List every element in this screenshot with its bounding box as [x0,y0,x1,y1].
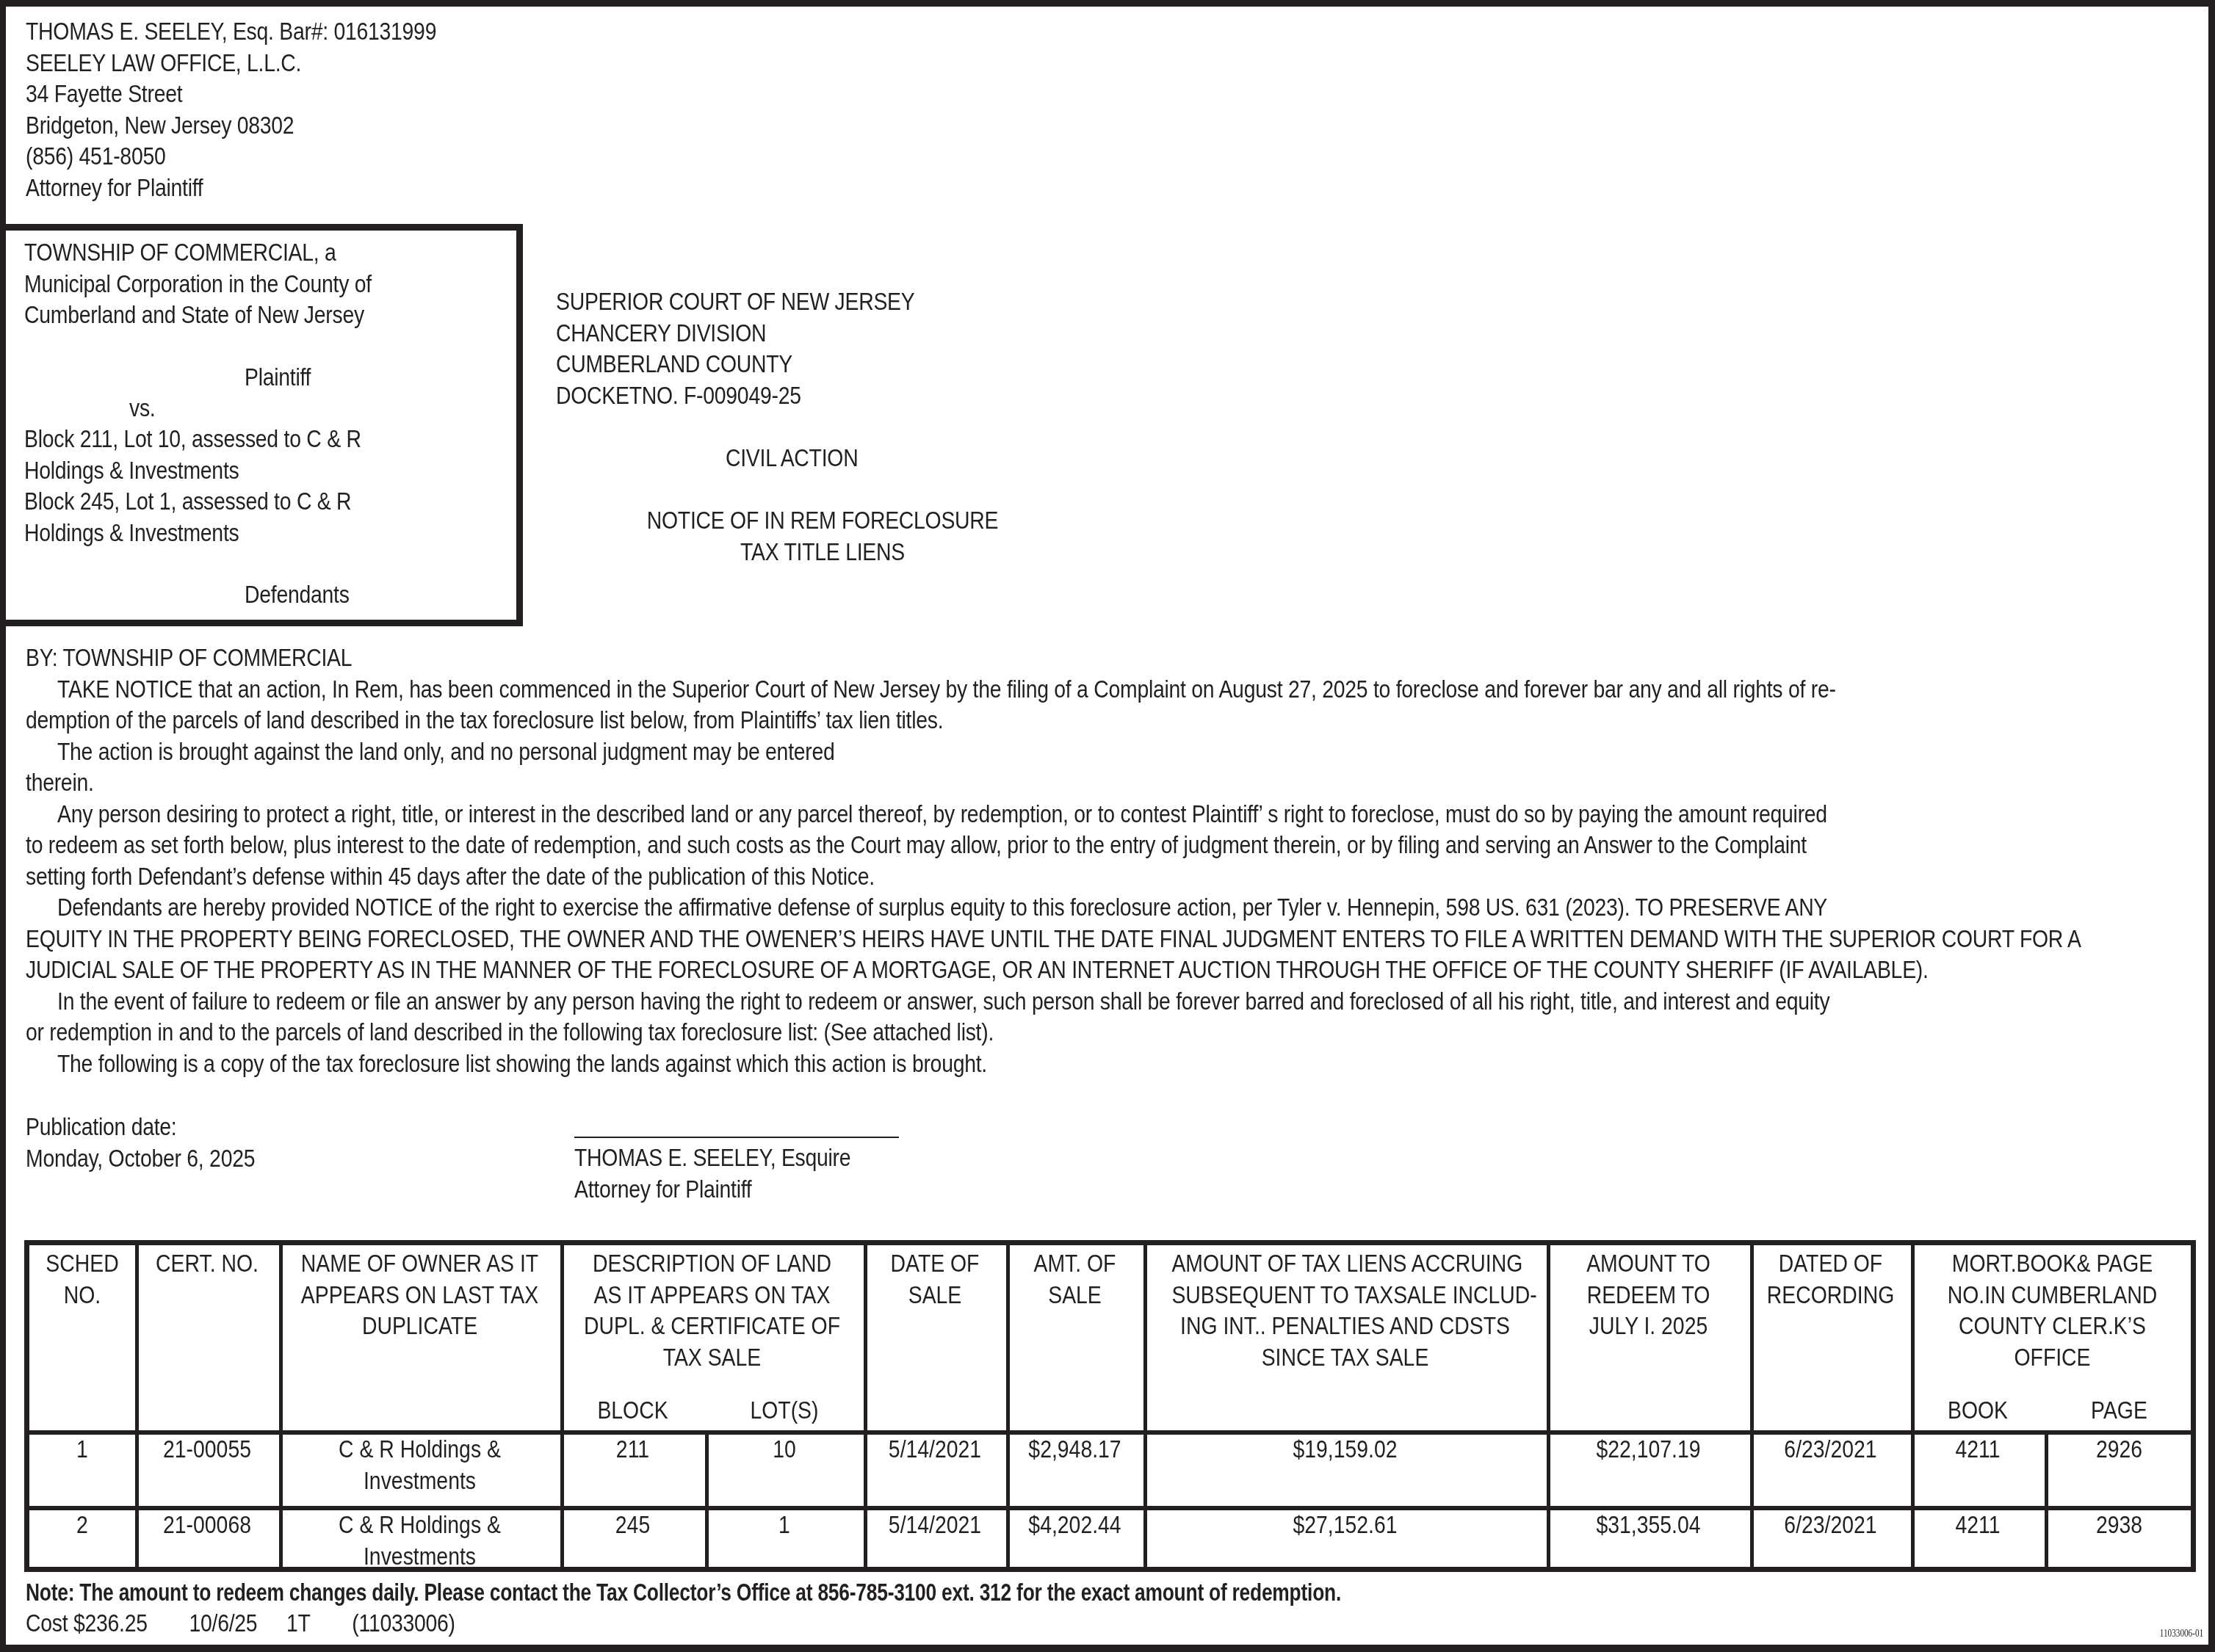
header-date-of-recording-line: DATED OF [1761,1248,1899,1280]
attorney-line: SEELEY LAW OFFICE, L.L.C. [26,48,436,79]
header-mortgage-book-page-line: NO.IN CUMBERLAND [1931,1280,2174,1311]
header-mortgage-book-page-line: OFFICE [1931,1342,2174,1374]
cell-cert-no: 21-00055 [145,1434,270,1466]
header-owner-name-line: DUPLICATE [299,1311,541,1342]
attorney-line: Bridgeton, New Jersey 08302 [26,110,436,142]
notice-title: NOTICE OF IN REM FORECLOSURE TAX TITLE L… [646,505,1000,568]
notice-title-line: TAX TITLE LIENS [646,537,1000,568]
header-subsequent-liens-line: SINCE TAX SALE [1171,1342,1518,1374]
body-paragraphs: TAKE NOTICE that an action, In Rem, has … [26,674,2215,1080]
header-date-of-sale-line: DATE OF [874,1248,997,1280]
cell-owner-name-line: Investments [299,1541,541,1573]
cell-date-of-sale: 5/14/2021 [874,1510,997,1541]
column-divider [1143,1245,1147,1567]
cell-subsequent-liens: $19,159.02 [1171,1434,1518,1466]
defendant-line: Block 245, Lot 1, assessed to C & R [24,486,361,518]
header-book: BOOK [1920,1395,2036,1427]
header-date-of-sale-line: SALE [874,1280,997,1311]
body-line: In the event of failure to redeem or fil… [26,986,2215,1018]
body-line: therein. [26,767,2215,799]
notice-title-line: NOTICE OF IN REM FORECLOSURE [646,505,1000,537]
header-amount-to-redeem-line: JULY I. 2025 [1561,1311,1735,1342]
civil-action-label: CIVIL ACTION [726,443,858,474]
defendant-line: Holdings & Investments [24,455,361,487]
header-amount-to-redeem: AMOUNT TOREDEEM TOJULY I. 2025 [1561,1248,1735,1342]
header-lots: LOT(S) [716,1395,853,1427]
court-division: CHANCERY DIVISION [556,318,914,349]
column-divider [1911,1245,1915,1567]
court-county: CUMBERLAND COUNTY [556,349,914,380]
tax-foreclosure-table: SCHEDNO.CERT. NO.NAME OF OWNER AS ITAPPE… [24,1240,2196,1572]
body-line: to redeem as set forth below, plus inter… [26,830,2215,861]
attorney-line: Attorney for Plaintiff [26,173,436,204]
cell-book: 4211 [1920,1434,2036,1466]
plaintiff-line: TOWNSHIP OF COMMERCIAL, a [24,237,372,269]
cell-date-of-recording: 6/23/2021 [1761,1510,1899,1541]
header-subsequent-liens-line: ING INT.. PENALTIES AND CDSTS [1171,1311,1518,1342]
header-amount-of-sale-line: AMT. OF [1016,1248,1134,1280]
cell-block: 211 [571,1434,695,1466]
cell-amount-of-sale: $2,948.17 [1016,1434,1134,1466]
header-sched-no-line: NO. [37,1280,128,1311]
publication-label: Publication date: [26,1112,255,1143]
header-land-description-line: TAX SALE [582,1342,842,1374]
cell-amount-to-redeem: $31,355.04 [1561,1510,1735,1541]
plaintiff-line: Municipal Corporation in the County of [24,269,372,300]
header-subsequent-liens-line: SUBSEQUENT TO TAXSALE INCLUD- [1171,1280,1518,1311]
attorney-line: (856) 451-8050 [26,141,436,173]
versus-label: vs. [129,393,156,424]
header-land-description-line: DUPL. & CERTIFICATE OF [582,1311,842,1342]
cell-owner-name: C & R Holdings &Investments [299,1510,541,1572]
body-line: setting forth Defendant’s defense within… [26,861,2215,893]
publication-block: Publication date: Monday, October 6, 202… [26,1112,255,1174]
notice-body: BY: TOWNSHIP OF COMMERCIAL TAKE NOTICE t… [26,642,2215,1079]
header-block: BLOCK [571,1395,695,1427]
column-divider [279,1245,283,1567]
cell-cert-no: 21-00068 [145,1510,270,1541]
header-subsequent-liens-line: AMOUNT OF TAX LIENS ACCRUING [1171,1248,1518,1280]
header-mortgage-book-page-line: MORT.BOOK& PAGE [1931,1248,2174,1280]
defendant-line: Block 211, Lot 10, assessed to C & R [24,424,361,455]
body-line: EQUITY IN THE PROPERTY BEING FORECLOSED,… [26,924,2215,955]
defendants-label: Defendants [245,579,350,611]
ad-date: 10/6/25 [189,1609,257,1637]
body-line: JUDICIAL SALE OF THE PROPERTY AS IN THE … [26,954,2215,986]
header-land-description-line: AS IT APPEARS ON TAX [582,1280,842,1311]
header-page: PAGE [2055,1395,2183,1427]
cell-page: 2926 [2055,1434,2183,1466]
body-line: The action is brought against the land o… [26,736,2215,768]
publication-date: Monday, October 6, 2025 [26,1143,255,1175]
redemption-note: Note: The amount to redeem changes daily… [26,1577,1341,1609]
signer-title: Attorney for Plaintiff [574,1174,850,1206]
column-divider [1547,1245,1550,1567]
column-divider [135,1245,139,1567]
ad-cost-line: Cost $236.2510/6/251T(11033006) [26,1608,455,1640]
ad-cost: Cost $236.25 [26,1609,148,1637]
ad-id: 11033006-01 [2160,1629,2203,1640]
signature-line [574,1137,899,1138]
column-divider [2045,1430,2048,1567]
attorney-block: THOMAS E. SEELEY, Esq. Bar#: 016131999 S… [26,16,436,203]
body-line: Defendants are hereby provided NOTICE of… [26,892,2215,924]
signer-name: THOMAS E. SEELEY, Esquire [574,1142,850,1174]
ad-insertions: 1T [286,1609,311,1637]
column-divider [864,1245,867,1567]
header-cert-no: CERT. NO. [145,1248,270,1280]
cell-amount-of-sale: $4,202.44 [1016,1510,1134,1541]
cell-owner-name-line: Investments [299,1466,541,1497]
plaintiff-name: TOWNSHIP OF COMMERCIAL, a Municipal Corp… [24,237,372,331]
cell-date-of-recording: 6/23/2021 [1761,1434,1899,1466]
header-date-of-recording: DATED OFRECORDING [1761,1248,1899,1311]
header-mortgage-book-page-line: COUNTY CLER.K’S [1931,1311,2174,1342]
column-divider [1006,1245,1010,1567]
attorney-line: THOMAS E. SEELEY, Esq. Bar#: 016131999 [26,16,436,48]
header-land-description: DESCRIPTION OF LANDAS IT APPEARS ON TAXD… [582,1248,842,1373]
header-owner-name-line: APPEARS ON LAST TAX [299,1280,541,1311]
cell-sched-no: 1 [37,1434,128,1466]
column-divider [1750,1245,1754,1567]
header-subsequent-liens: AMOUNT OF TAX LIENS ACCRUINGSUBSEQUENT T… [1171,1248,1518,1373]
header-cert-no-line: CERT. NO. [145,1248,270,1280]
body-line: or redemption in and to the parcels of l… [26,1017,2215,1048]
header-amount-to-redeem-line: REDEEM TO [1561,1280,1735,1311]
cell-amount-to-redeem: $22,107.19 [1561,1434,1735,1466]
header-owner-name-line: NAME OF OWNER AS IT [299,1248,541,1280]
header-mortgage-book-page: MORT.BOOK& PAGENO.IN CUMBERLANDCOUNTY CL… [1931,1248,2174,1373]
column-divider [705,1430,709,1567]
docket-number: DOCKETNO. F-009049-25 [556,380,914,412]
header-amount-of-sale-line: SALE [1016,1280,1134,1311]
header-date-of-sale: DATE OFSALE [874,1248,997,1311]
cell-owner-name-line: C & R Holdings & [299,1434,541,1466]
ad-number: (11033006) [352,1609,455,1637]
cell-owner-name-line: C & R Holdings & [299,1510,541,1541]
defendant-line: Holdings & Investments [24,518,361,549]
header-amount-to-redeem-line: AMOUNT TO [1561,1248,1735,1280]
header-owner-name: NAME OF OWNER AS ITAPPEARS ON LAST TAXDU… [299,1248,541,1342]
body-line: TAKE NOTICE that an action, In Rem, has … [26,674,2215,706]
header-date-of-recording-line: RECORDING [1761,1280,1899,1311]
cell-book: 4211 [1920,1510,2036,1541]
plaintiff-label: Plaintiff [245,362,311,394]
cell-date-of-sale: 5/14/2021 [874,1434,997,1466]
header-amount-of-sale: AMT. OFSALE [1016,1248,1134,1311]
cell-block: 245 [571,1510,695,1541]
header-sched-no: SCHEDNO. [37,1248,128,1311]
header-land-description-line: DESCRIPTION OF LAND [582,1248,842,1280]
by-line: BY: TOWNSHIP OF COMMERCIAL [26,642,2215,674]
cell-subsequent-liens: $27,152.61 [1171,1510,1518,1541]
body-line: Any person desiring to protect a right, … [26,799,2215,830]
signature-block: THOMAS E. SEELEY, Esquire Attorney for P… [574,1142,850,1205]
attorney-line: 34 Fayette Street [26,79,436,110]
cell-lots: 1 [716,1510,853,1541]
court-header: SUPERIOR COURT OF NEW JERSEY CHANCERY DI… [556,286,914,411]
cell-owner-name: C & R Holdings &Investments [299,1434,541,1496]
column-divider [560,1245,564,1567]
cell-page: 2938 [2055,1510,2183,1541]
plaintiff-line: Cumberland and State of New Jersey [24,300,372,331]
body-line: demption of the parcels of land describe… [26,705,2215,736]
cell-lots: 10 [716,1434,853,1466]
cell-sched-no: 2 [37,1510,128,1541]
court-name: SUPERIOR COURT OF NEW JERSEY [556,286,914,318]
body-line: The following is a copy of the tax forec… [26,1048,2215,1080]
defendants-list: Block 211, Lot 10, assessed to C & R Hol… [24,424,361,548]
header-sched-no-line: SCHED [37,1248,128,1280]
